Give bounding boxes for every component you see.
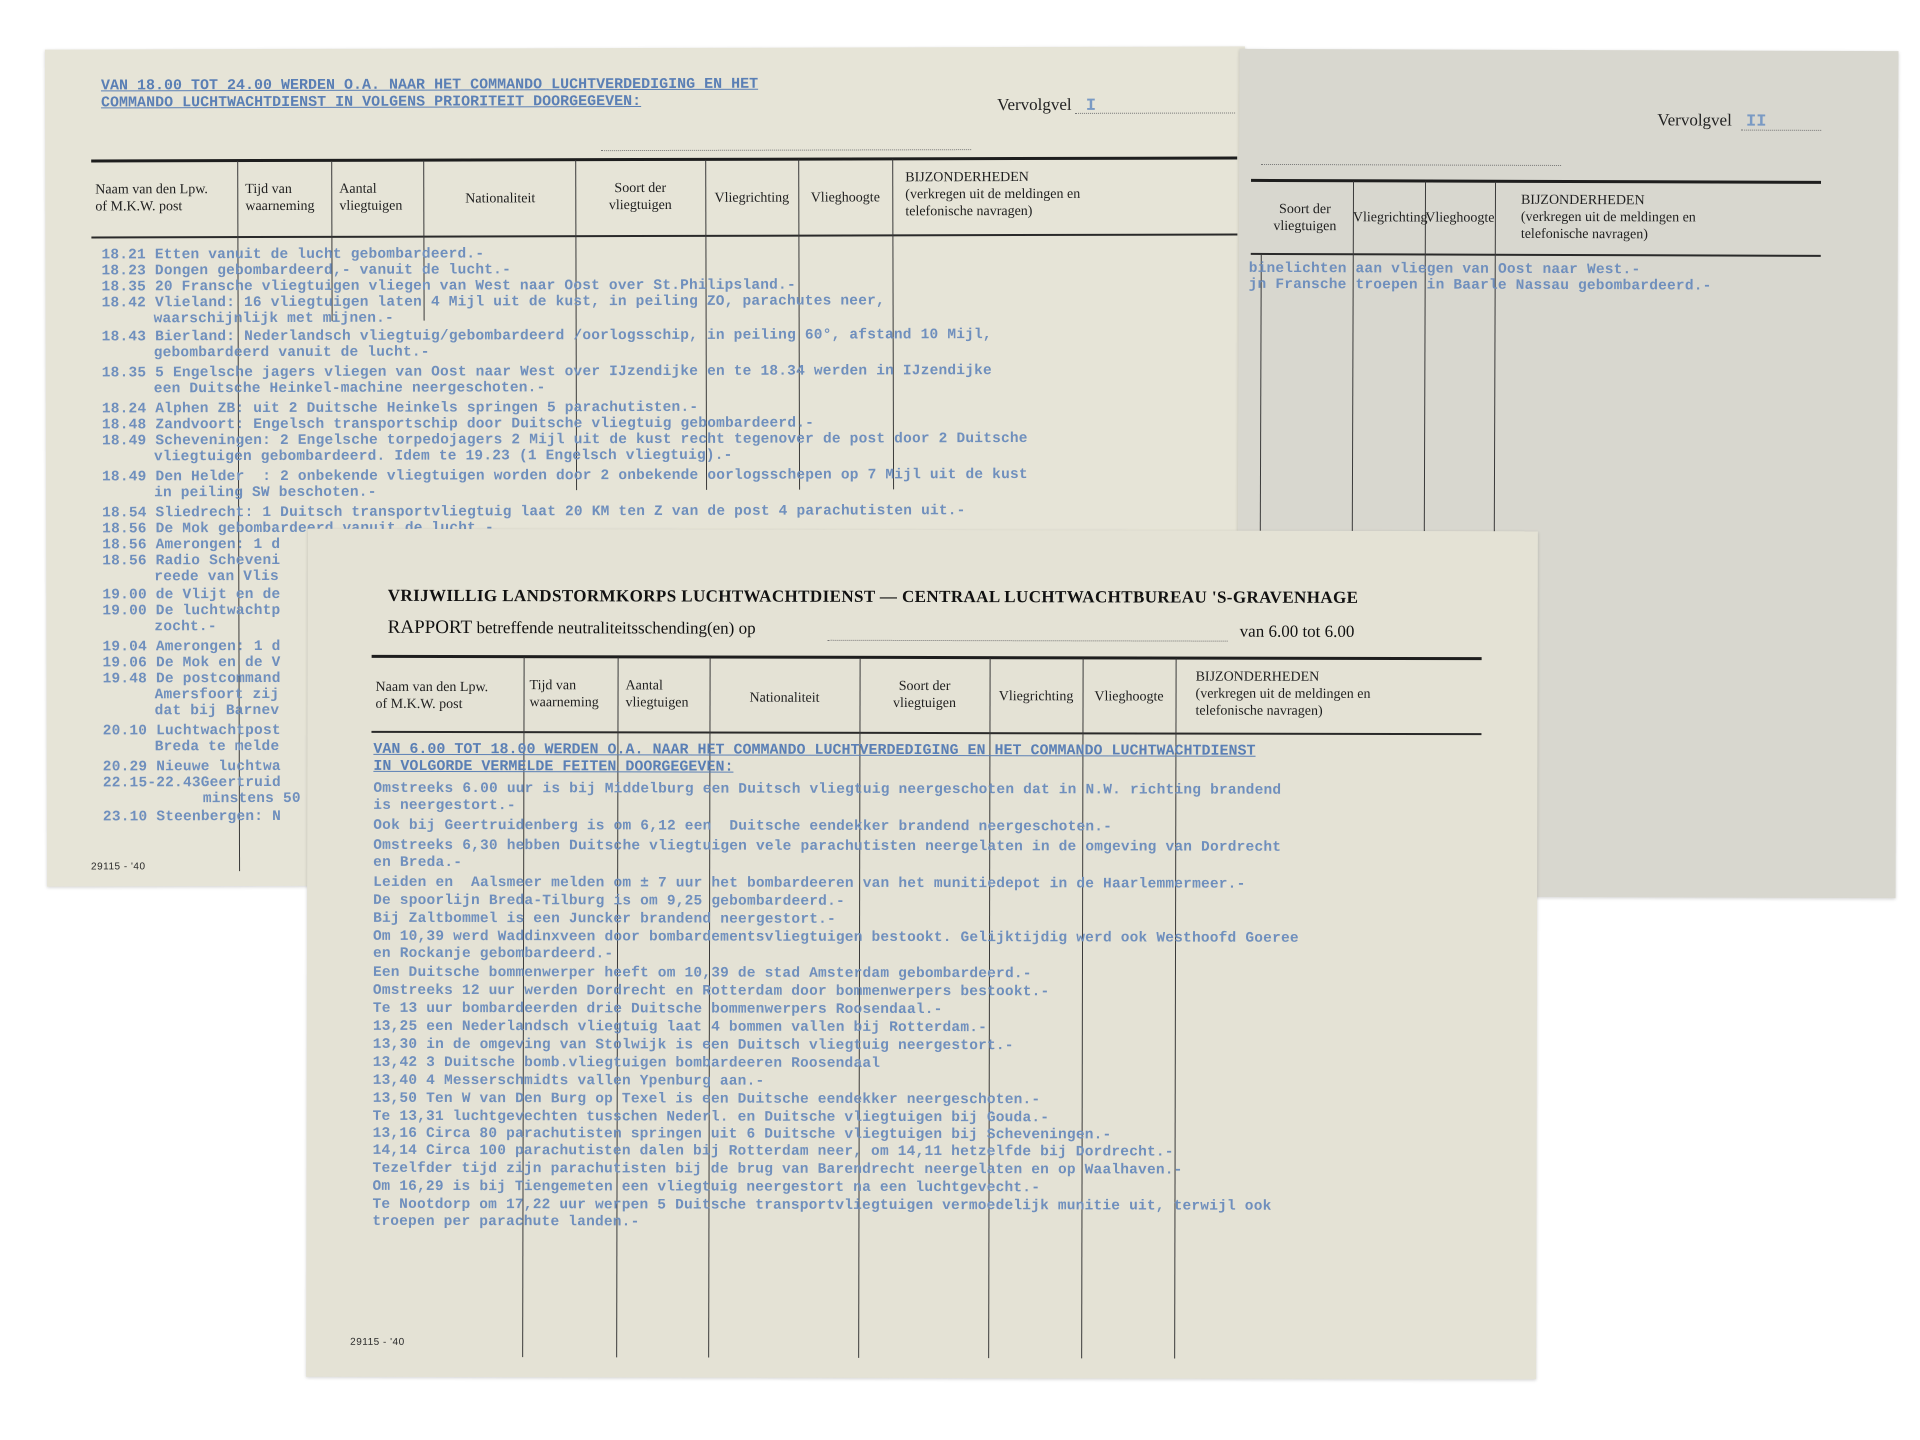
- col-header-soort: Soort der vliegtuigen: [1257, 201, 1353, 235]
- column-divider: [1174, 659, 1176, 1359]
- header-top-rule: [1251, 179, 1821, 184]
- typed-entry: Tezelfder tijd zijn parachutisten bij de…: [373, 1161, 1183, 1179]
- col-header-vliegrichting: Vliegrichting: [990, 688, 1083, 705]
- typed-entry: 13,50 Ten W van Den Burg op Texel is een…: [373, 1091, 1041, 1109]
- typed-entry: in peiling SW beschoten.-: [154, 485, 377, 502]
- organization-title: VRIJWILLIG LANDSTORMKORPS LUCHTWACHTDIEN…: [388, 586, 1359, 608]
- typed-entry: Amersfoort zij: [155, 687, 280, 704]
- col-header-bijzonderheden: BIJZONDERHEDEN (verkregen uit de melding…: [1195, 669, 1370, 720]
- report-subject: betreffende neutraliteitsschending(en) o…: [476, 618, 755, 638]
- typed-entry: vliegtuigen gebombardeerd. Idem te 19.23…: [154, 448, 733, 466]
- typed-entry: 14,14 Circa 100 parachutisten dalen bij …: [373, 1143, 1174, 1161]
- typed-entry: 13,30 in de omgeving van Stolwijk is een…: [373, 1037, 1014, 1055]
- vervolgvel-field: Vervolgvel II: [1657, 110, 1766, 131]
- typed-heading-line-1: VAN 6.00 TOT 18.00 WERDEN O.A. NAAR HET …: [373, 741, 1255, 760]
- typed-entry: 13,40 4 Messerschmidts vallen Ypenburg a…: [373, 1073, 765, 1090]
- typed-entry: Breda te melde: [155, 739, 280, 756]
- date-dotted-line: [601, 149, 971, 151]
- col-header-tijd: Tijd van waarneming: [245, 181, 314, 215]
- typed-entry: troepen per parachute landen.-: [372, 1214, 639, 1231]
- typed-entry: 18.49 Den Helder : 2 onbekende vliegtuig…: [102, 467, 1028, 486]
- typed-entry: 18.56 Amerongen: 1 d: [102, 537, 280, 554]
- typed-entry: een Duitsche Heinkel-machine neergeschot…: [154, 380, 546, 398]
- header-top-rule: [372, 655, 1482, 660]
- typed-heading-line-2: IN VOLGORDE VERMELDE FEITEN DOORGEGEVEN:: [373, 758, 733, 776]
- typed-entry: Ook bij Geertruidenberg is om 6,12 een D…: [373, 818, 1112, 836]
- typed-entry: 20.29 Nieuwe luchtwa: [103, 759, 281, 776]
- typed-entry: waarschijnlijk met mijnen.-: [154, 311, 394, 328]
- typed-entry: en Rockanje gebombardeerd.-: [373, 946, 613, 963]
- col-header-tijd: Tijd van waarneming: [530, 677, 599, 711]
- date-dotted-line: [1261, 164, 1561, 166]
- col-header-bijzonderheden: BIJZONDERHEDEN (verkregen uit de melding…: [1521, 192, 1696, 244]
- col-header-aantal: Aantal vliegtuigen: [626, 677, 689, 711]
- vervolgvel-dotted-line: [1075, 112, 1235, 113]
- typed-entry: 18.23 Dongen gebombardeerd,- vanuit de l…: [101, 262, 511, 280]
- report-title-line: RAPPORT betreffende neutraliteitsschendi…: [388, 617, 756, 640]
- typed-entry: Te Nootdorp om 17,22 uur werpen 5 Duitsc…: [372, 1197, 1271, 1215]
- vervolgvel-label: Vervolgvel: [997, 95, 1072, 114]
- report-sheet-main: VRIJWILLIG LANDSTORMKORPS LUCHTWACHTDIEN…: [306, 529, 1538, 1380]
- col-header-vliegrichting: Vliegrichting: [1353, 209, 1425, 226]
- typed-entry: Leiden en Aalsmeer melden om ± 7 uur het…: [373, 875, 1245, 893]
- typed-entry: binelichten aan vliegen van Oost naar We…: [1249, 261, 1641, 279]
- typed-entry: Bij Zaltbommel is een Juncker brandend n…: [373, 911, 836, 928]
- typed-entry: 19.04 Amerongen: 1 d: [102, 639, 280, 656]
- typed-entry: dat bij Barnev: [155, 703, 280, 720]
- col-header-vliegrichting: Vliegrichting: [705, 190, 798, 207]
- typed-entry: 18.35 5 Engelsche jagers vliegen van Oos…: [102, 363, 992, 382]
- typed-entry: gebombardeerd vanuit de lucht.-: [154, 345, 430, 362]
- header-bottom-rule: [91, 233, 1237, 238]
- typed-entry: 22.15-22.43Geertruid: [103, 775, 281, 792]
- typed-entry: 18.21 Etten vanuit de lucht gebombardeer…: [101, 246, 484, 264]
- typed-entry: Een Duitsche bommenwerper heeft om 10,39…: [373, 965, 1032, 983]
- typed-entry: Te 13 uur bombardeerden drie Duitsche bo…: [373, 1001, 943, 1019]
- typed-entry: Omstreeks 12 uur werden Dordrecht en Rot…: [373, 983, 1050, 1001]
- date-dotted-line: [828, 640, 1228, 642]
- typed-heading-line-1: VAN 18.00 TOT 24.00 WERDEN O.A. NAAR HET…: [101, 76, 758, 95]
- col-header-bijzonderheden: BIJZONDERHEDEN (verkregen uit de melding…: [905, 169, 1080, 220]
- column-divider: [1081, 658, 1083, 1358]
- typed-entry: 23.10 Steenbergen: N: [103, 809, 281, 826]
- typed-entry: is neergestort.-: [373, 798, 515, 815]
- column-divider: [988, 658, 990, 1358]
- typed-entry: Om 16,29 is bij Tiengemeten een vliegtui…: [372, 1179, 1040, 1197]
- report-label: RAPPORT: [388, 617, 472, 638]
- typed-entry: 13,25 een Nederlandsch vliegtuig laat 4 …: [373, 1019, 987, 1037]
- typed-entry: 18.56 Radio Scheveni: [102, 553, 280, 570]
- typed-entry: zocht.-: [154, 619, 216, 636]
- typed-entry: jn Fransche troepen in Baarle Nassau geb…: [1249, 277, 1712, 295]
- typed-entry: 13,16 Circa 80 parachutisten springen ui…: [373, 1126, 1112, 1144]
- typed-entry: 19.00 de Vlijt en de: [102, 587, 280, 604]
- header-bottom-rule: [371, 731, 1481, 735]
- typed-entry: Om 10,39 werd Waddinxveen door bombardem…: [373, 929, 1299, 947]
- typed-entry: 13,42 3 Duitsche bomb.vliegtuigen bombar…: [373, 1055, 880, 1073]
- typed-entry: Omstreeks 6,30 hebben Duitsche vliegtuig…: [373, 838, 1281, 856]
- report-period: van 6.00 tot 6.00: [1240, 621, 1355, 643]
- typed-entry: Te 13,31 luchtgevechten tusschen Nederl.…: [373, 1109, 1050, 1127]
- typed-entry: reede van Vlis: [154, 569, 279, 586]
- typed-entry: 19.48 De postcommand: [103, 671, 281, 688]
- typed-entry: 20.10 Luchtwachtpost: [103, 723, 281, 740]
- typed-heading-line-2: COMMANDO LUCHTWACHTDIENST IN VOLGENS PRI…: [101, 93, 641, 111]
- header-bottom-rule: [1251, 253, 1821, 256]
- col-header-naam: Naam van den Lpw. of M.K.W. post: [95, 181, 208, 215]
- typed-entry: 18.43 Bierland: Nederlandsch vliegtuig/g…: [102, 327, 992, 346]
- col-header-naam: Naam van den Lpw. of M.K.W. post: [376, 679, 489, 713]
- col-header-vlieghoogte: Vlieghoogte: [798, 189, 892, 206]
- col-header-aantal: Aantal vliegtuigen: [339, 181, 402, 215]
- col-header-vlieghoogte: Vlieghoogte: [1083, 688, 1176, 705]
- col-header-nationaliteit: Nationaliteit: [425, 190, 575, 207]
- form-number: 29115 - '40: [91, 861, 146, 872]
- typed-entry: 19.00 De luchtwachtp: [102, 603, 280, 620]
- typed-entry: 18.42 Vlieland: 16 vliegtuigen laten 4 M…: [102, 293, 885, 312]
- vervolgvel-label: Vervolgvel: [1657, 110, 1732, 129]
- col-header-soort: Soort der vliegtuigen: [575, 180, 705, 214]
- typed-entry: 18.49 Scheveningen: 2 Engelsche torpedoj…: [102, 431, 1028, 450]
- typed-entry: Omstreeks 6.00 uur is bij Middelburg een…: [373, 781, 1281, 799]
- col-header-soort: Soort der vliegtuigen: [860, 678, 990, 712]
- typed-entry: De spoorlijn Breda-Tilburg is om 9,25 ge…: [373, 893, 845, 910]
- form-number: 29115 - '40: [350, 1337, 405, 1348]
- typed-entry: 18.54 Sliedrecht: 1 Duitsch transportvli…: [102, 503, 965, 522]
- col-header-vlieghoogte: Vlieghoogte: [1425, 210, 1495, 227]
- typed-entry: 19.06 De Mok en de V: [102, 655, 280, 672]
- header-top-rule: [91, 156, 1237, 162]
- col-header-nationaliteit: Nationaliteit: [710, 690, 860, 707]
- typed-entry: en Breda.-: [373, 855, 462, 872]
